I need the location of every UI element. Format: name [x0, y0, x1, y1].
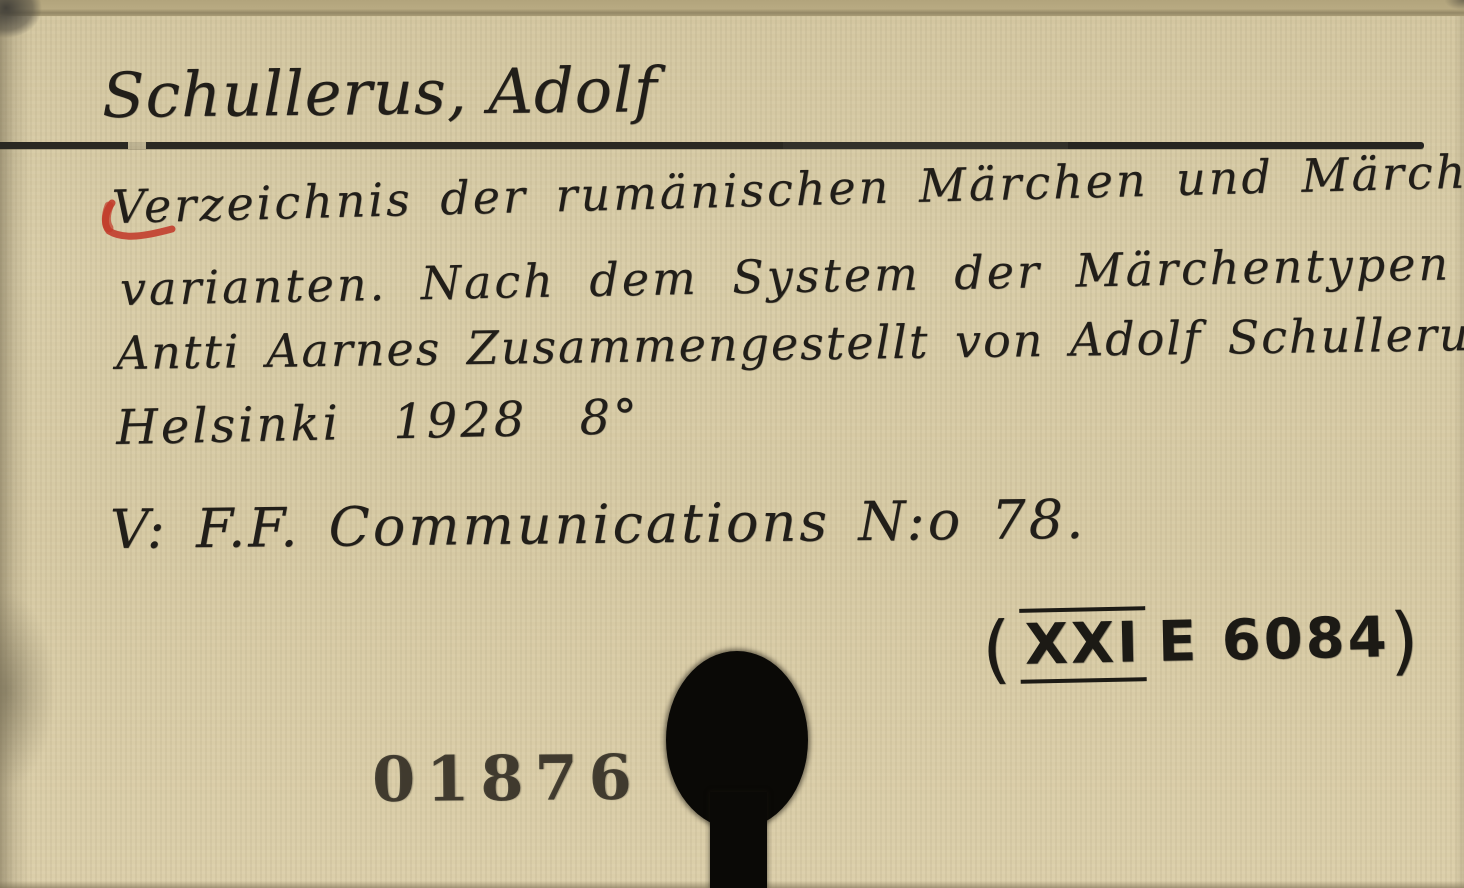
shelfmark: (XXIE 6084) — [981, 597, 1422, 692]
title-line-1: Verzeichnis der rumänischen Märchen und … — [111, 145, 1464, 233]
imprint-line: Helsinki 1928 8° — [115, 391, 640, 455]
accession-number-stamp: 01876 — [372, 741, 643, 816]
author-heading: Schullerus, Adolf — [102, 56, 658, 130]
title-line-3: Antti Aarnes Zusammengestellt von Adolf … — [116, 309, 1464, 379]
corner-smudge-top-right — [1434, 0, 1464, 20]
shelfmark-close-paren: ) — [1389, 597, 1423, 684]
punch-hole-slot — [710, 792, 767, 888]
shelfmark-roman-numeral: XXI — [1019, 606, 1147, 684]
shelfmark-class-code: E 6084 — [1157, 605, 1390, 675]
card-top-edge — [0, 0, 1464, 16]
title-line-2: varianten. Nach dem System der Märchenty… — [120, 238, 1452, 314]
shelfmark-open-paren: ( — [981, 606, 1015, 693]
catalog-card: Schullerus, Adolf Verzeichnis der rumäni… — [0, 0, 1464, 888]
ruled-line — [0, 142, 1424, 149]
corner-smudge-top-left — [0, 0, 58, 52]
series-reference-line: V: F.F. Communications N:o 78. — [110, 490, 1087, 560]
